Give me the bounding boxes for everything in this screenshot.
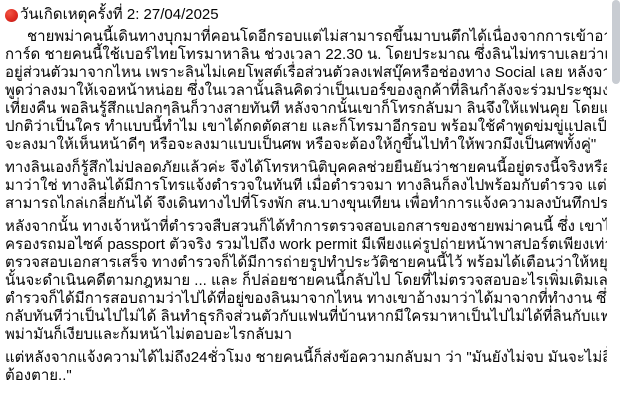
text-line: พม่ามันก็เงียบและก้มหน้าไม่ตอบอะไรกลับมา bbox=[5, 326, 602, 344]
post-text: วันเกิดเหตุครั้งที่ 2: 27/04/2025 ชายพม่… bbox=[5, 6, 602, 385]
text-line: พูดว่าลงมาให้เจอหน้าหน่อย ซึ่งในเวลานั้น… bbox=[5, 82, 602, 100]
text-line: ทางลินเองก็รู้สึกไม่ปลอดภัยแล้วค่ะ จึงได… bbox=[5, 159, 602, 177]
paragraph: หลังจากนั้น ทางเจ้าหน้าที่ตำรวจสืบสวนก็ไ… bbox=[5, 218, 602, 344]
paragraph: แต่หลังจากแจ้งความได้ไม่ถึง24ชั่วโมง ชาย… bbox=[5, 349, 602, 385]
text-line: ปกติว่าเป็นใคร ทำแบบนี้ทำไม เขาได้กดตัดส… bbox=[5, 118, 602, 136]
paragraph: ทางลินเองก็รู้สึกไม่ปลอดภัยแล้วค่ะ จึงได… bbox=[5, 159, 602, 213]
post-title: วันเกิดเหตุครั้งที่ 2: 27/04/2025 bbox=[20, 6, 219, 24]
text-line: หลังจากนั้น ทางเจ้าหน้าที่ตำรวจสืบสวนก็ไ… bbox=[5, 218, 602, 236]
text-line: ครองรถมอไซค์ passport ตัวจริง รวมไปถึง w… bbox=[5, 236, 602, 254]
text-line: เที่ยงคืน พอลินรู้สึกแปลกๆลินก็วางสายทัน… bbox=[5, 100, 602, 118]
text-line: กลับทันทีว่าเป็นไปไม่ได้ ลินทำธุรกิจส่วน… bbox=[5, 308, 602, 326]
scrollbar[interactable] bbox=[607, 0, 624, 393]
text-line: อยู่ส่วนตัวมาจากไหน เพราะลินไม่เคยโพสต์เ… bbox=[5, 64, 602, 82]
post-title-row: วันเกิดเหตุครั้งที่ 2: 27/04/2025 bbox=[5, 6, 602, 24]
red-circle-icon bbox=[5, 9, 18, 22]
text-line: จะลงมาให้เห็นหน้าดีๆ หรือจะลงมาแบบเป็นศพ… bbox=[5, 136, 602, 154]
text-line: นั้นจะดำเนินคดีตามกฎหมาย ... และ ก็ปล่อย… bbox=[5, 272, 602, 290]
text-line: ตรวจสอบเอกสารเสร็จ ทางตำรวจก็ได้มีการถ่า… bbox=[5, 254, 602, 272]
text-line: มาว่าใช่ ทางลินได้มีการโทรแจ้งตำรวจในทัน… bbox=[5, 177, 602, 195]
paragraph: ชายพม่าคนนี้เดินทางบุกมาที่คอนโดอีกรอบแต… bbox=[5, 28, 602, 154]
text-line: การ์ด ชายคนนี้ใช้เบอร์ไทยโทรมาหาลิน ช่วง… bbox=[5, 46, 602, 64]
text-line: ชายพม่าคนนี้เดินทางบุกมาที่คอนโดอีกรอบแต… bbox=[5, 28, 602, 46]
text-line: ตำรวจก็ได้มีการสอบถามว่าไปได้ที่อยู่ของล… bbox=[5, 290, 602, 308]
scrollbar-thumb[interactable] bbox=[612, 0, 620, 84]
text-line: แต่หลังจากแจ้งความได้ไม่ถึง24ชั่วโมง ชาย… bbox=[5, 349, 602, 367]
text-line: สามารถไกล่เกลี่ยกันได้ จึงเดินทางไปที่โร… bbox=[5, 195, 602, 213]
text-line: ต้องตาย.." bbox=[5, 367, 602, 385]
